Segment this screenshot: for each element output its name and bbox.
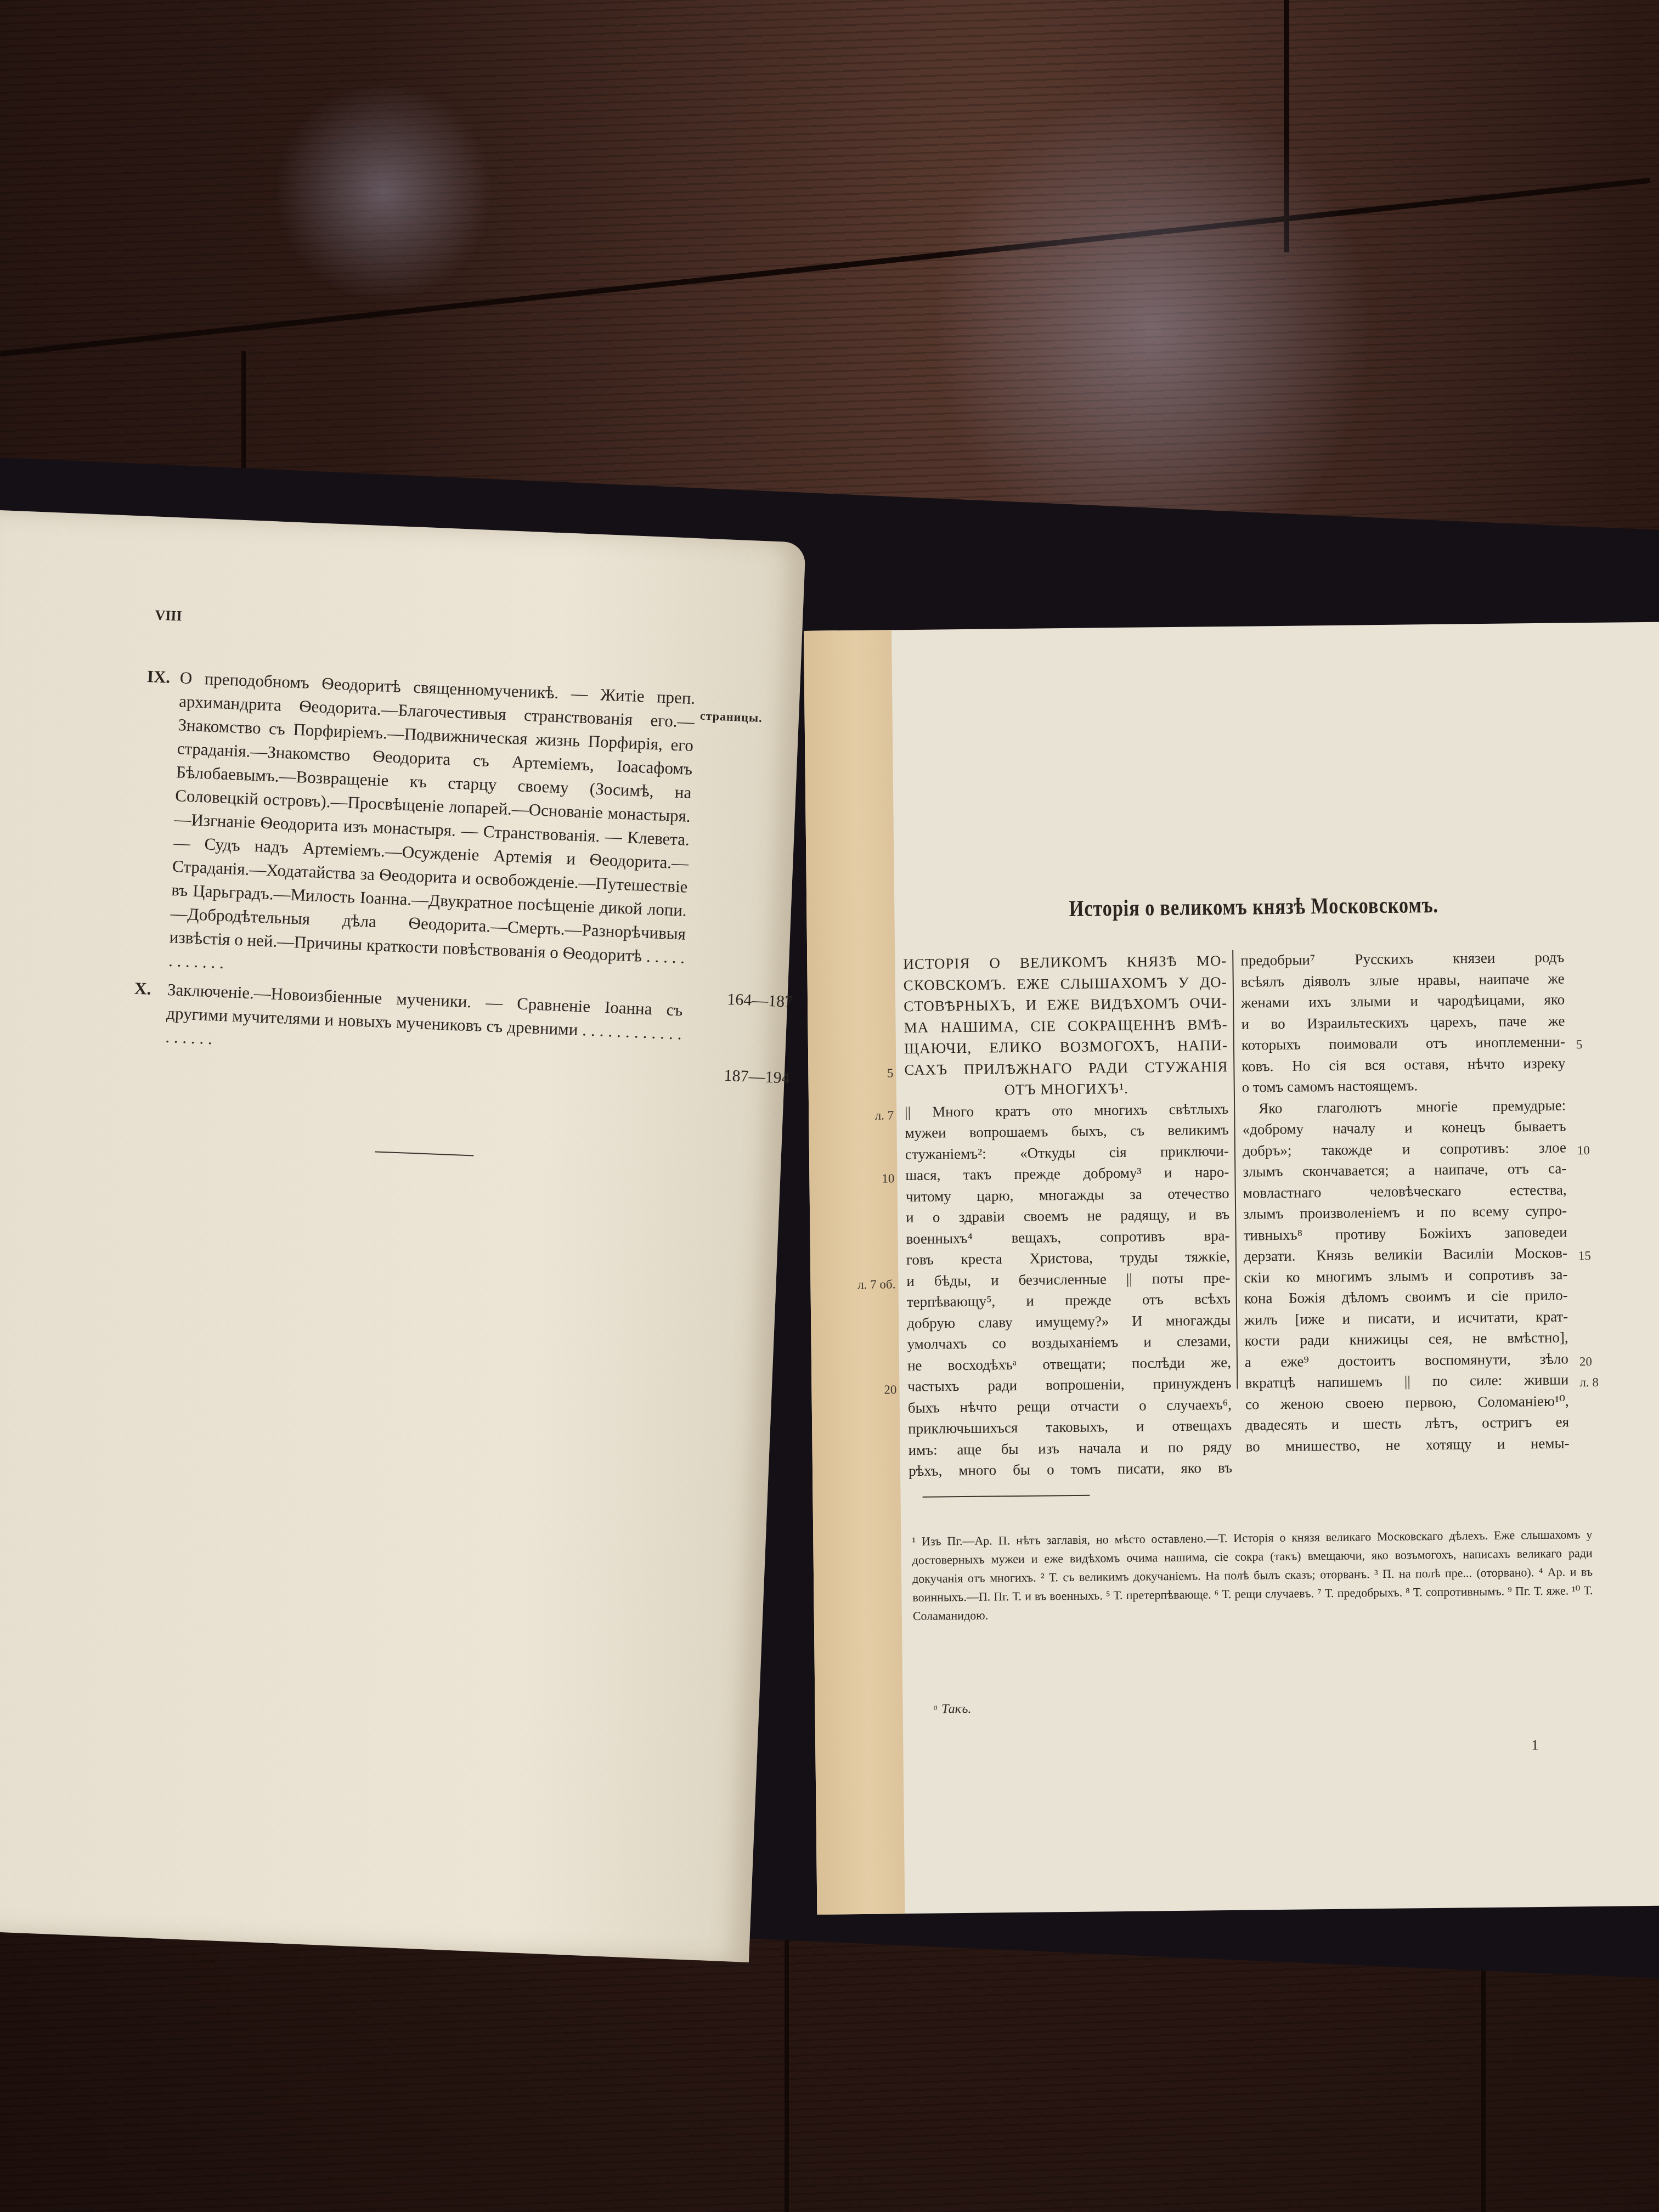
margin-line-number: 10 bbox=[1577, 1140, 1590, 1161]
toc-entry-text: Заключеніе.—Новоизбіенные мученики. — Ср… bbox=[132, 977, 683, 1069]
text-line: рѣхъ, много бы о томъ писати, яко въ bbox=[909, 1457, 1232, 1482]
end-rule bbox=[375, 1151, 474, 1156]
right-page: Исторія о великомъ князѣ Московскомъ. ИС… bbox=[804, 622, 1659, 1915]
text-line: о томъ самомъ настоящемъ. bbox=[1242, 1074, 1566, 1098]
chapter-title: Исторія о великомъ князѣ Московскомъ. bbox=[973, 891, 1535, 923]
toc-entry-number: X. bbox=[134, 977, 151, 1001]
margin-line-number: 15 bbox=[1578, 1245, 1591, 1267]
text-line: ИСТОРІЯ О ВЕЛИКОМЪ КНЯЗѢ МО- bbox=[903, 950, 1227, 975]
footnote-rule bbox=[923, 1495, 1090, 1498]
text-line: тивныхъ⁸ противу Божіихъ заповедеи bbox=[1243, 1221, 1567, 1246]
text-line: СТОВѢРНЫХЪ, И ЕЖЕ ВИДѢХОМЪ ОЧИ- bbox=[904, 992, 1227, 1017]
text-line: жилъ [иже и писати, и исчитати, крат- bbox=[1244, 1306, 1568, 1330]
margin-line-number: 5 bbox=[887, 1063, 894, 1084]
text-line: Яко глаголютъ многіе премудрые: bbox=[1242, 1094, 1566, 1119]
margin-line-number: 20 bbox=[1579, 1351, 1592, 1373]
text-line: добрую славу имущему?» И многажды bbox=[907, 1309, 1231, 1334]
text-line: приключьшихъся таковыхъ, и отвещахъ bbox=[908, 1415, 1232, 1440]
margin-line-number: 20 bbox=[884, 1379, 896, 1401]
text-line: стужаніемъ²: «Откуды сія приключи- bbox=[905, 1140, 1229, 1165]
light-reflection bbox=[274, 82, 494, 302]
text-line: которыхъ поимовали отъ иноплеменни- bbox=[1242, 1031, 1565, 1056]
text-line: быхъ нѣчто рещи отчасти о случаехъ⁶, bbox=[908, 1393, 1232, 1418]
text-line: ковъ. Но сія вся оставя, нѣчто изреку bbox=[1242, 1052, 1565, 1077]
text-line: а еже⁹ достоитъ воспомянути, зѣло bbox=[1245, 1348, 1568, 1373]
text-line: и бѣды, и безчисленные || поты пре- bbox=[906, 1267, 1230, 1291]
text-line: кости ради книжицы сея, не вмѣстно], bbox=[1244, 1327, 1568, 1351]
footnote-a: ᵃ Такъ. bbox=[933, 1702, 971, 1717]
footnotes: ¹ Изъ Пг.—Ар. П. нѣтъ заглавія, но мѣсто… bbox=[912, 1525, 1593, 1626]
floor-seam bbox=[785, 1920, 789, 2212]
text-line: имъ: аще бы изъ начала и по ряду bbox=[908, 1436, 1232, 1460]
text-line: добръ»; такожде и сопротивъ: злое bbox=[1243, 1137, 1566, 1161]
text-line: и во Израильтескихъ царехъ, паче же bbox=[1241, 1010, 1565, 1035]
text-line: предобрыи⁷ Русскихъ князеи родъ bbox=[1240, 947, 1564, 972]
text-column-right: предобрыи⁷ Русскихъ князеи родъвсѣялъ ді… bbox=[1240, 947, 1570, 1457]
toc-entry: IX. О преподобномъ Ѳеодоритѣ священномуч… bbox=[136, 664, 696, 993]
text-line: вкратцѣ напишемъ || по силе: живши bbox=[1245, 1369, 1568, 1393]
text-line: частыхъ ради вопрошеніи, принужденъ bbox=[907, 1373, 1231, 1397]
margin-line-number: л. 7 bbox=[875, 1105, 894, 1126]
text-line: со женою своею первою, Соломаніею¹⁰, bbox=[1245, 1390, 1569, 1415]
toc-entry: X. Заключеніе.—Новоизбіенные мученики. —… bbox=[132, 977, 683, 1069]
text-line: не восходѣхъᵃ отвещати; послѣди же, bbox=[907, 1351, 1231, 1376]
text-line: терпѣвающу⁵, и прежде отъ всѣхъ bbox=[907, 1288, 1231, 1313]
toc-entry-text: О преподобномъ Ѳеодоритѣ священномученик… bbox=[136, 664, 696, 993]
text-line: СКОВСКОМЪ. ЕЖЕ СЛЫШАХОМЪ У ДО- bbox=[904, 971, 1227, 996]
text-line: скіи ко многимъ злымъ и сопротивъ за- bbox=[1244, 1263, 1567, 1288]
toc-entry-pages: 164—187 bbox=[726, 988, 793, 1014]
text-line: ОТЪ МНОГИХЪ¹. bbox=[905, 1077, 1228, 1102]
margin-line-number: 10 bbox=[882, 1168, 894, 1189]
text-line: двадесять и шесть лѣтъ, остригъ ея bbox=[1245, 1411, 1569, 1436]
left-page: VIII страницы. IX. О преподобномъ Ѳеодор… bbox=[0, 510, 806, 1962]
margin-line-number: 5 bbox=[1576, 1034, 1583, 1056]
text-line: САХЪ ПРИЛѢЖНАГО РАДИ СТУЖАНІЯ bbox=[904, 1056, 1228, 1080]
margin-line-number: л. 8 bbox=[1579, 1372, 1599, 1393]
text-line: и о здравіи своемъ не радящу, и въ bbox=[906, 1204, 1229, 1228]
pages-column-header: страницы. bbox=[699, 709, 763, 726]
text-line: мовластнаго человѣческаго естества, bbox=[1243, 1179, 1567, 1204]
page-number: 1 bbox=[1531, 1737, 1538, 1753]
text-line: женами ихъ злыми и чародѣицами, яко bbox=[1241, 989, 1565, 1014]
text-line: «доброму началу и конецъ бываетъ bbox=[1242, 1115, 1566, 1140]
text-line: шася, такъ прежде доброму³ и наро- bbox=[905, 1161, 1229, 1186]
text-line: ЩАЮЧИ, ЕЛИКО ВОЗМОГОХЪ, НАПИ- bbox=[904, 1035, 1228, 1059]
text-line: умолчахъ со воздыханіемъ и слезами, bbox=[907, 1330, 1231, 1355]
toc-entry-number: IX. bbox=[146, 664, 171, 689]
text-line: || Много кратъ ото многихъ свѣтлыхъ bbox=[905, 1098, 1228, 1122]
text-line: мужеи вопрошаемъ быхъ, съ великимъ bbox=[905, 1119, 1228, 1144]
binding-strip bbox=[804, 630, 905, 1915]
margin-line-number: л. 7 об. bbox=[857, 1274, 896, 1295]
text-line: злымъ произволеніемъ и по всему супро- bbox=[1243, 1200, 1567, 1224]
column-divider bbox=[1232, 950, 1238, 1389]
text-line: военныхъ⁴ вещахъ, сопротивъ вра- bbox=[906, 1224, 1229, 1249]
text-line: дерзати. Князь великіи Василіи Москов- bbox=[1244, 1242, 1567, 1267]
text-line: злымъ скончавается; а наипаче, отъ са- bbox=[1243, 1158, 1566, 1182]
text-line: во мнишество, не хотящу и немы- bbox=[1245, 1432, 1569, 1457]
text-column-left: ИСТОРІЯ О ВЕЛИКОМЪ КНЯЗѢ МО-СКОВСКОМЪ. Е… bbox=[903, 950, 1232, 1482]
toc-entry-pages: 187—194 bbox=[724, 1064, 791, 1090]
text-line: говъ креста Христова, труды тяжкіе, bbox=[906, 1246, 1230, 1271]
text-line: читому царю, многажды за отечество bbox=[906, 1182, 1229, 1207]
floor-seam bbox=[0, 178, 1650, 357]
text-line: кона Божія дѣломъ своимъ и сіе прило- bbox=[1244, 1284, 1568, 1309]
text-line: всѣялъ діяволъ злые нравы, наипаче же bbox=[1241, 968, 1565, 992]
page-label: VIII bbox=[155, 607, 182, 625]
table-of-contents: IX. О преподобномъ Ѳеодоритѣ священномуч… bbox=[132, 664, 696, 1073]
text-line: МА НАШИМА, СІЕ СОКРАЩЕННѢ ВМѢ- bbox=[904, 1013, 1227, 1038]
